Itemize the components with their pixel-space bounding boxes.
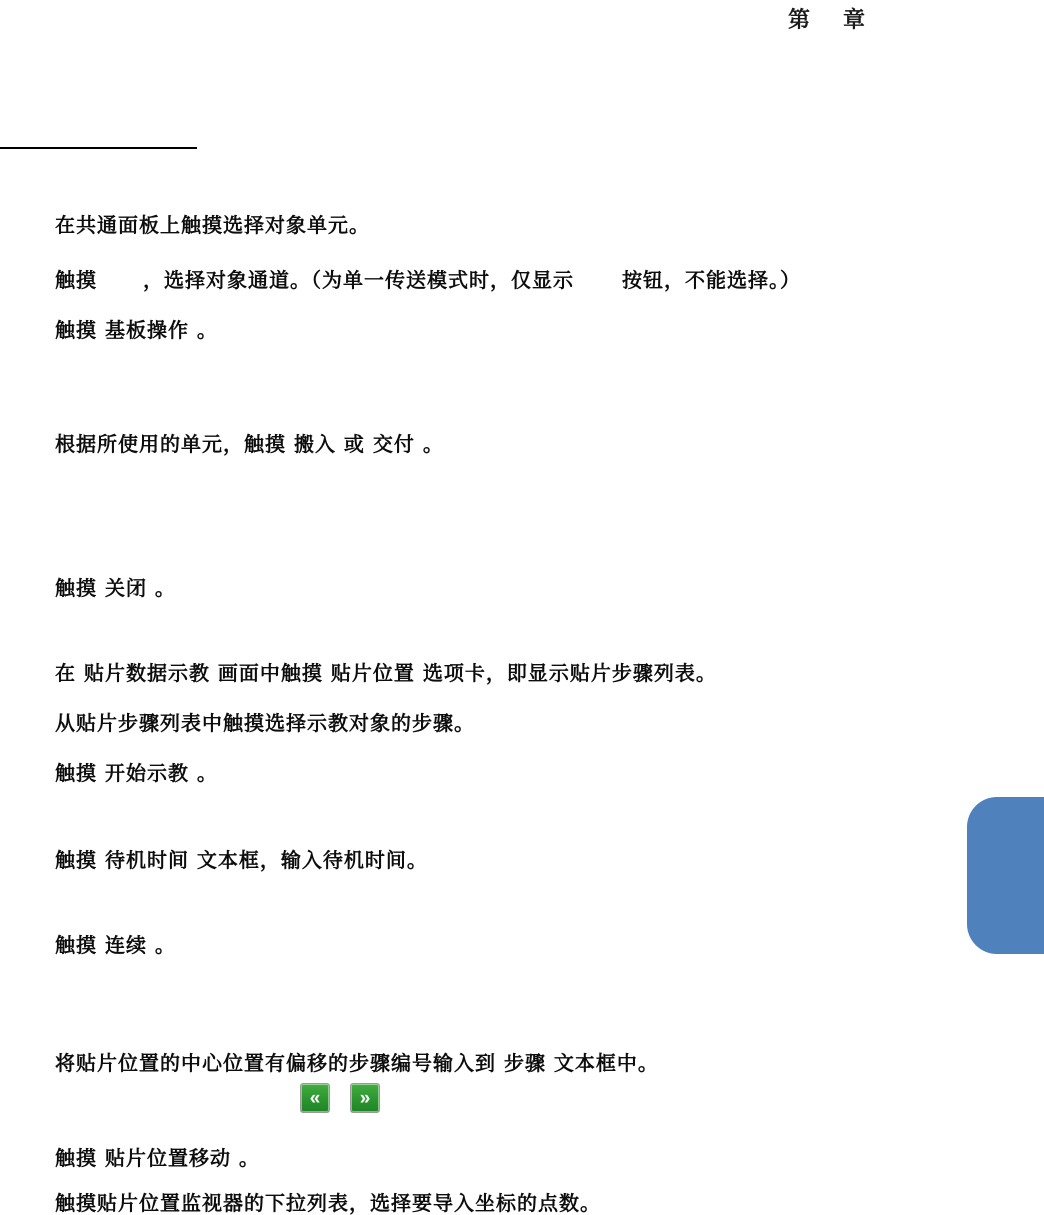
chapter-label-right: 章: [843, 3, 865, 34]
step-text-6: 在 贴片数据示教 画面中触摸 贴片位置 选项卡，即显示贴片步骤列表。: [55, 657, 717, 686]
double-chevron-left-icon: «: [310, 1088, 321, 1109]
step-text-7: 从贴片步骤列表中触摸选择示教对象的步骤。: [55, 707, 475, 736]
step-text-10: 触摸 连续 。: [55, 929, 176, 958]
step-text-9: 触摸 待机时间 文本框，输入待机时间。: [55, 844, 428, 873]
section-divider-line: [0, 147, 197, 149]
step-text-5: 触摸 关闭 。: [55, 572, 176, 601]
double-chevron-right-icon: »: [360, 1088, 371, 1109]
step-text-13: 触摸贴片位置监视器的下拉列表，选择要导入坐标的点数。: [55, 1187, 601, 1215]
step-text-8: 触摸 开始示教 。: [55, 757, 218, 786]
manual-page: 第 章 在共通面板上触摸选择对象单元。 触摸，选择对象通道。（为单一传送模式时，…: [0, 0, 1044, 1215]
step-text-2: 触摸，选择对象通道。（为单一传送模式时，仅显示按钮，不能选择。）: [55, 264, 801, 293]
chapter-heading: 第 章: [788, 3, 865, 34]
step-back-button[interactable]: «: [300, 1083, 330, 1113]
step-text-3: 触摸 基板操作 。: [55, 314, 218, 343]
step-forward-button[interactable]: »: [350, 1083, 380, 1113]
step-text-1: 在共通面板上触摸选择对象单元。: [55, 209, 370, 238]
step-text-12: 触摸 贴片位置移动 。: [55, 1142, 260, 1171]
step-text-11: 将贴片位置的中心位置有偏移的步骤编号输入到 步骤 文本框中。: [55, 1047, 659, 1076]
step-text-2-seg3: 按钮，不能选择。）: [622, 264, 801, 293]
step-text-4: 根据所使用的单元，触摸 搬入 或 交付 。: [55, 428, 444, 457]
chapter-side-tab: [967, 797, 1044, 954]
step-text-2-seg1: 触摸: [55, 264, 97, 293]
step-text-2-seg2: ，选择对象通道。（为单一传送模式时，仅显示: [143, 264, 574, 293]
chapter-label-left: 第: [788, 3, 810, 34]
